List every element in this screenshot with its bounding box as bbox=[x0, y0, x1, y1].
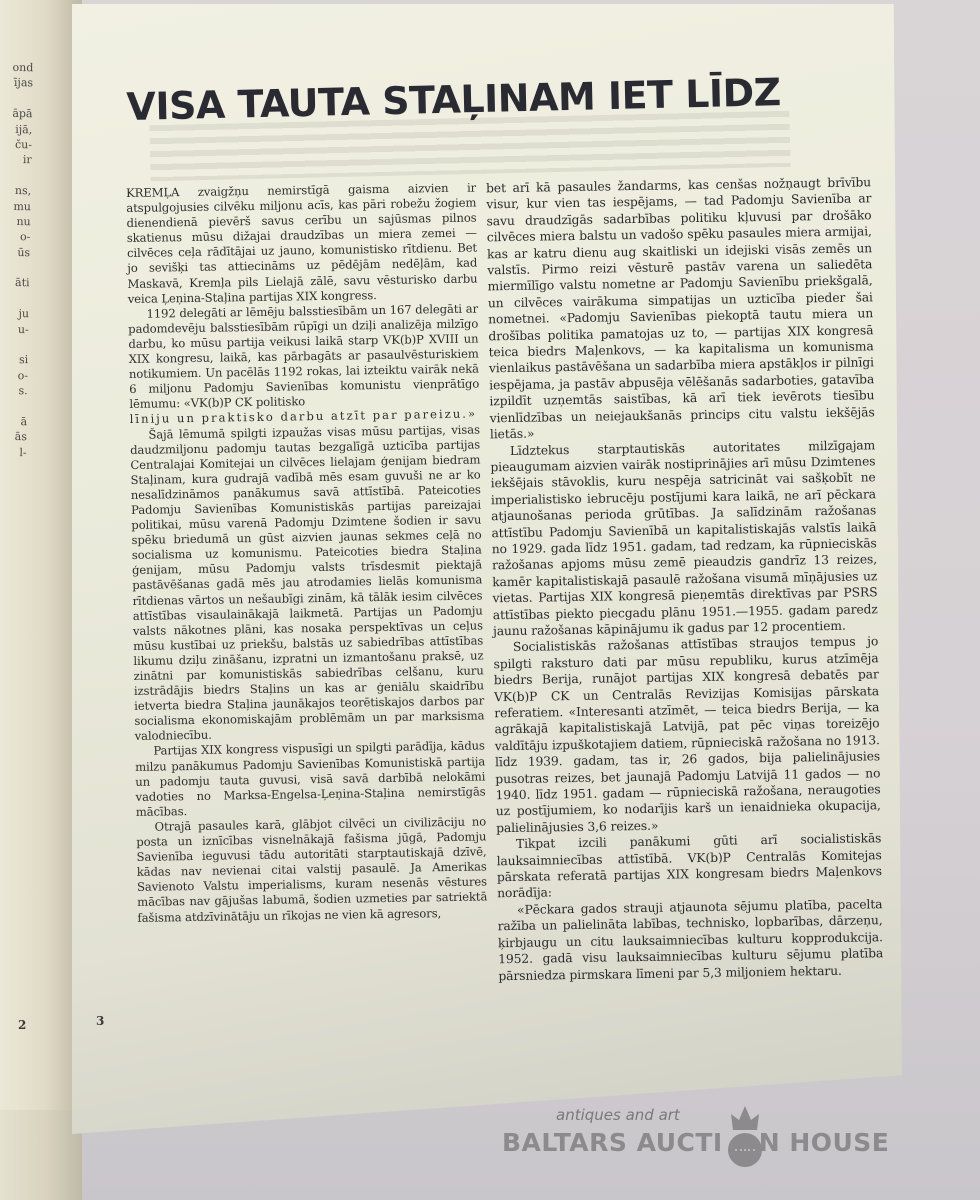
article-column-left: KREMĻA zvaigžņu nemirstīgā gaisma aizvie… bbox=[126, 181, 489, 990]
watermark-name: BALTARS AUCTIN HOUSE bbox=[502, 1128, 889, 1157]
left-page-fragment bbox=[3, 91, 33, 107]
paragraph: Socialistiskās ražošanas attīstības stra… bbox=[493, 634, 881, 837]
left-page-text-fragments: ondījasāpāijā,ču-irns,munuo-ūsātijuu-sio… bbox=[0, 60, 33, 461]
left-page-fragment: o- bbox=[0, 229, 30, 245]
watermark: antiques and art BALTARS AUCTIN HOUSE bbox=[502, 1100, 922, 1180]
left-page-fragment: si bbox=[0, 352, 28, 368]
watermark-name-left: BALTARS AUCTI bbox=[502, 1128, 723, 1157]
paragraph: KREMĻA zvaigžņu nemirstīgā gaisma aizvie… bbox=[126, 181, 478, 307]
left-page-fragment: āpā bbox=[2, 106, 32, 122]
left-page-fragment: l- bbox=[0, 444, 27, 460]
left-page-fragment: o- bbox=[0, 368, 28, 384]
page-number: 3 bbox=[96, 1014, 104, 1028]
watermark-name-right: N HOUSE bbox=[759, 1128, 890, 1157]
left-page-fragment bbox=[1, 167, 31, 183]
left-page-fragment: ijā, bbox=[2, 121, 32, 137]
left-page-fragment: ču- bbox=[2, 137, 32, 153]
left-page-fragment: u- bbox=[0, 321, 29, 337]
paragraph: «Pēckara gados strauji atjaunota sējumu … bbox=[497, 896, 883, 984]
left-page-fragment: ns, bbox=[1, 183, 31, 199]
paragraph: Tikpat izcili panākumi gūti arī socialis… bbox=[496, 830, 882, 902]
left-page-number: 2 bbox=[18, 1018, 26, 1032]
left-page-fragment bbox=[0, 337, 29, 353]
paragraph: 1192 delegāti ar lēmēju balsstiesībām un… bbox=[128, 301, 480, 412]
left-page-fragment: ond bbox=[3, 60, 33, 76]
crown-globe-logo-icon bbox=[727, 1102, 763, 1172]
left-page-fragment: ā bbox=[0, 414, 27, 430]
article-column-right: bet arī kā pasaules žandarms, kas cenšas… bbox=[486, 174, 884, 984]
left-page-fragment: ās bbox=[0, 429, 27, 445]
left-page-fragment: ir bbox=[2, 152, 32, 168]
left-page-fragment: ju bbox=[0, 306, 29, 322]
paragraph: Līdztekus starptautiskās autoritates mil… bbox=[490, 437, 878, 640]
left-page-fragment bbox=[0, 398, 28, 414]
left-page-fragment: ījas bbox=[3, 75, 33, 91]
paragraph: bet arī kā pasaules žandarms, kas cenšas… bbox=[486, 174, 875, 443]
left-facing-page: ondījasāpāijā,ču-irns,munuo-ūsātijuu-sio… bbox=[0, 0, 76, 1110]
left-page-fragment: ūs bbox=[0, 244, 30, 260]
paragraph: Partijas XIX kongress vispusīgi un spilg… bbox=[135, 739, 486, 820]
paragraph: Otrajā pasaules karā, glābjot cilvēci un… bbox=[136, 814, 488, 925]
left-page-fragment: mu bbox=[1, 198, 31, 214]
paragraph: Šajā lēmumā spilgti izpaužas visas mūsu … bbox=[130, 422, 485, 744]
left-page-fragment bbox=[0, 291, 29, 307]
left-page-fragment: s. bbox=[0, 383, 28, 399]
watermark-tagline: antiques and art bbox=[556, 1106, 680, 1124]
left-page-fragment: nu bbox=[1, 214, 31, 230]
article-body: KREMĻA zvaigžņu nemirstīgā gaisma aizvie… bbox=[126, 174, 899, 990]
left-page-fragment bbox=[0, 260, 30, 276]
left-page-fragment: āti bbox=[0, 275, 30, 291]
